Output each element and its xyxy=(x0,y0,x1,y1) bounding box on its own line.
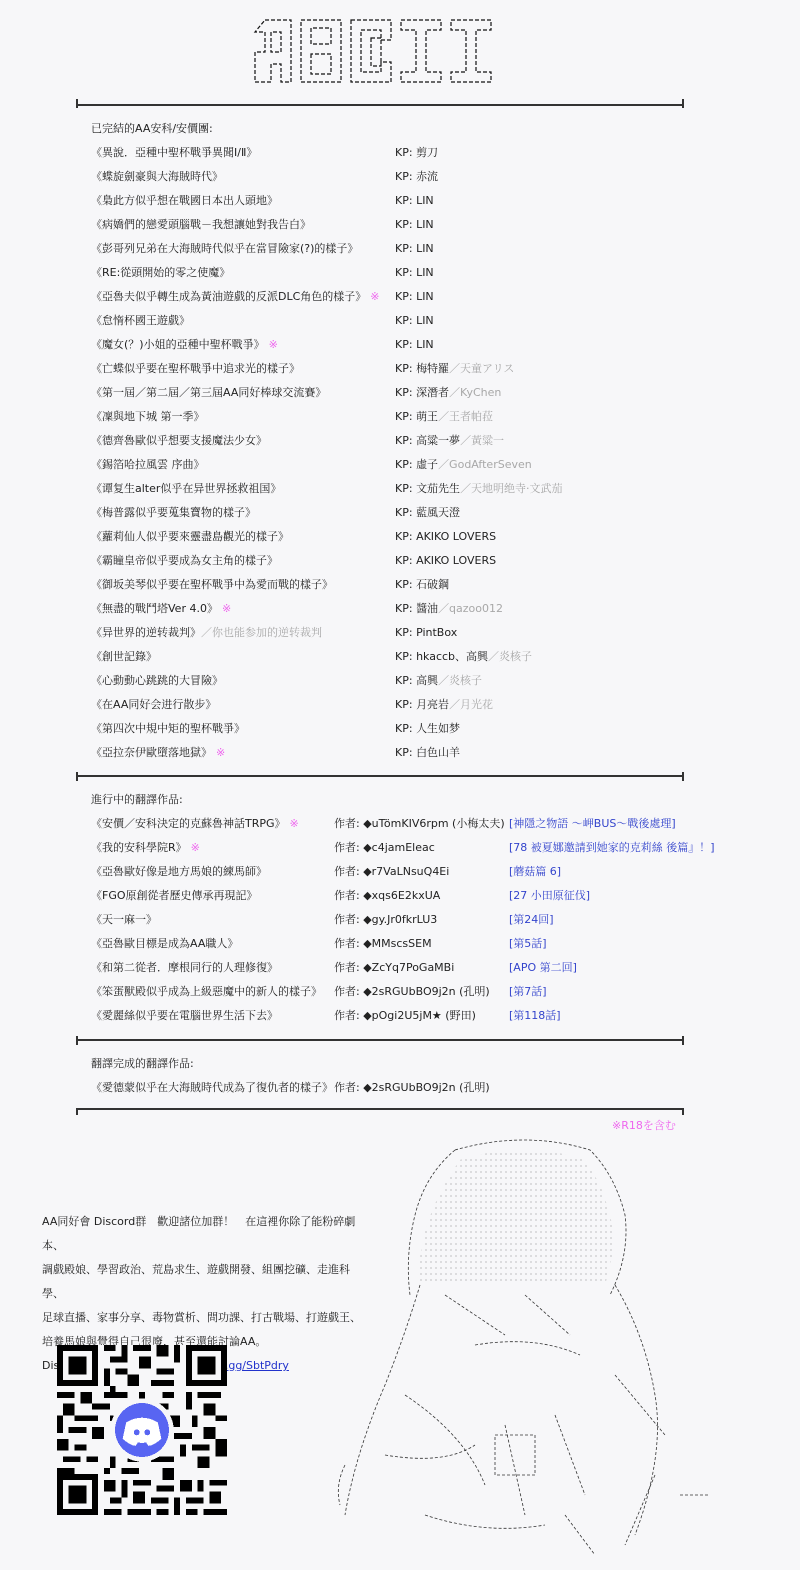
author-credit: 作者: ◆MMscsSEM xyxy=(334,932,432,956)
kp-label: KP: xyxy=(395,314,416,327)
work-title[interactable]: 《無盡的戰鬥塔Ver 4.0》※ xyxy=(91,597,231,621)
work-title[interactable]: 《FGO原創從者歷史傳承再現記》 xyxy=(91,884,258,908)
work-title[interactable]: 《RE:從頭開始的零之使魔》 xyxy=(91,261,230,285)
kp-name: 文茄先生 xyxy=(416,482,460,495)
ongoing-item: 《亞魯歐好像是地方馬娘的練馬師》作者: ◆r7VaLNsuQ4Ei[蘑菇篇 6] xyxy=(91,860,711,884)
author-label: 作者: xyxy=(334,985,363,998)
work-title[interactable]: 《梟此方似乎想在戰國日本出人頭地》 xyxy=(91,189,278,213)
work-title-text: 《彭哥列兄弟在大海賊時代似乎在當冒險家(?)的樣子》 xyxy=(91,242,358,255)
completed-item: 《谭复生alter似乎在异世界拯救祖国》KP: 文茄先生／天地明绝寺·文武茄 xyxy=(91,477,711,501)
r18-note: ※R18を含む xyxy=(612,1117,676,1133)
author-name: ◆uTömKIV6rpm (小梅太夫) xyxy=(363,817,504,830)
work-title-text: 《安價／安科決定的克蘇魯神話TRPG》 xyxy=(91,817,286,830)
kp-credit: KP: 醬油／qazoo012 xyxy=(395,597,503,621)
work-title-text: 《心動動心跳跳的大冒險》 xyxy=(91,674,223,687)
divider xyxy=(76,1039,684,1041)
author-name: ◆gy.Jr0fkrLU3 xyxy=(363,913,437,926)
kp-name: 白色山羊 xyxy=(416,746,460,759)
kp-credit: KP: LIN xyxy=(395,261,434,285)
author-credit: 作者: ◆pOgi2U5jM★ (野田) xyxy=(334,1004,476,1028)
work-title-alt: ／你也能参加的逆转裁判 xyxy=(201,626,322,639)
author-name: ◆2sRGUbBO9j2n (孔明) xyxy=(363,1081,490,1094)
author-name: ◆c4jamEleac xyxy=(363,841,435,854)
ongoing-item: 《愛麗絲似乎要在電腦世界生活下去》作者: ◆pOgi2U5jM★ (野田)[第1… xyxy=(91,1004,711,1028)
divider xyxy=(76,104,684,106)
r18-mark-icon: ※ xyxy=(191,841,200,854)
author-label: 作者: xyxy=(334,889,363,902)
kp-name: 深潛者 xyxy=(416,386,449,399)
work-title[interactable]: 《梅普露似乎要蒐集寶物的樣子》 xyxy=(91,501,256,525)
kp-credit: KP: 深潛者／KyChen xyxy=(395,381,501,405)
kp-name: LIN xyxy=(416,218,434,231)
kp-credit: KP: LIN xyxy=(395,189,434,213)
kp-credit: KP: LIN xyxy=(395,333,434,357)
kp-credit: KP: 梅特羅／天童アリス xyxy=(395,357,514,381)
kp-name: AKIKO LOVERS xyxy=(416,554,496,567)
kp-credit: KP: LIN xyxy=(395,309,434,333)
author-name: ◆ZcYq7PoGaMBi xyxy=(363,961,454,974)
kp-alt-name: ／王者帕菈 xyxy=(438,410,493,423)
author-name: ◆2sRGUbBO9j2n (孔明) xyxy=(363,985,490,998)
latest-chapter-link[interactable]: [27 小田原征伐] xyxy=(509,884,590,908)
kp-name: 月亮岩 xyxy=(416,698,449,711)
work-title-text: 《蝶旋劍豪與大海賊時代》 xyxy=(91,170,223,183)
kp-credit: KP: 石破鋼 xyxy=(395,573,449,597)
completed-item: 《德齊魯歐似乎想要支援魔法少女》KP: 高粱一夢／黃粱一 xyxy=(91,429,711,453)
completed-section: 已完結的AA安科/安價團: 《異說．亞種中聖杯戰爭異聞Ⅰ/Ⅱ》KP: 剪刀《蝶旋… xyxy=(91,117,711,765)
work-title-text: 《蘿莉仙人似乎要來靈盡島觀光的樣子》 xyxy=(91,530,289,543)
work-title[interactable]: 《魔女(？)小姐的亞種中聖杯戰爭》※ xyxy=(91,333,278,357)
author-label: 作者: xyxy=(334,1009,363,1022)
discord-line: AA同好會 Discord群 歡迎諸位加群！ 在這裡你除了能粉碎劇本、 xyxy=(42,1210,362,1258)
author-credit: 作者: ◆2sRGUbBO9j2n (孔明) xyxy=(334,1076,490,1100)
kp-name: LIN xyxy=(416,242,434,255)
completed-item: 《異說．亞種中聖杯戰爭異聞Ⅰ/Ⅱ》KP: 剪刀 xyxy=(91,141,711,165)
finished-item: 《愛德蒙似乎在大海賊時代成為了復仇者的樣子》作者: ◆2sRGUbBO9j2n … xyxy=(91,1076,711,1100)
kp-name: 石破鋼 xyxy=(416,578,449,591)
kp-name: LIN xyxy=(416,290,434,303)
latest-chapter-link[interactable]: [第7話] xyxy=(509,980,547,1004)
work-title-text: 《和第二從者．摩根同行的人理修復》 xyxy=(91,961,278,974)
kp-label: KP: xyxy=(395,482,416,495)
kp-alt-name: ／GodAfterSeven xyxy=(438,458,532,471)
kp-name: 虛子 xyxy=(416,458,438,471)
section-title: 翻譯完成的翻譯作品: xyxy=(91,1052,711,1076)
kp-alt-name: ／炎核子 xyxy=(488,650,532,663)
work-title[interactable]: 《德齊魯歐似乎想要支援魔法少女》 xyxy=(91,429,267,453)
author-credit: 作者: ◆c4jamEleac xyxy=(334,836,435,860)
work-title-text: 《亞魯歐好像是地方馬娘的練馬師》 xyxy=(91,865,267,878)
work-title[interactable]: 《御坂美琴似乎要在聖杯戰爭中為愛而戰的樣子》 xyxy=(91,573,333,597)
kp-credit: KP: 萌王／王者帕菈 xyxy=(395,405,493,429)
kp-credit: KP: AKIKO LOVERS xyxy=(395,525,496,549)
kp-label: KP: xyxy=(395,410,416,423)
work-title-text: 《凜與地下城 第一季》 xyxy=(91,410,205,423)
work-title[interactable]: 《亡蝶似乎要在聖杯戰爭中追求光的樣子》 xyxy=(91,357,300,381)
author-credit: 作者: ◆gy.Jr0fkrLU3 xyxy=(334,908,437,932)
work-title[interactable]: 《第四次中規中矩的聖杯戰爭》 xyxy=(91,717,245,741)
kp-label: KP: xyxy=(395,194,416,207)
author-label: 作者: xyxy=(334,913,363,926)
work-title-text: 《御坂美琴似乎要在聖杯戰爭中為愛而戰的樣子》 xyxy=(91,578,333,591)
completed-item: 《怠惰杯國王遊戲》KP: LIN xyxy=(91,309,711,333)
kp-label: KP: xyxy=(395,530,416,543)
work-title[interactable]: 《蝶旋劍豪與大海賊時代》 xyxy=(91,165,223,189)
kp-label: KP: xyxy=(395,674,416,687)
kp-credit: KP: LIN xyxy=(395,237,434,261)
kp-alt-name: ／天地明绝寺·文武茄 xyxy=(460,482,563,495)
work-title-text: 《第一屆／第二屆／第三屆AA同好棒球交流賽》 xyxy=(91,386,326,399)
kp-name: hkaccb、高興 xyxy=(416,650,488,663)
work-title-text: 《亞拉奈伊歐墮落地獄》 xyxy=(91,746,212,759)
completed-item: 《梟此方似乎想在戰國日本出人頭地》KP: LIN xyxy=(91,189,711,213)
latest-chapter-link[interactable]: [蘑菇篇 6] xyxy=(509,860,561,884)
work-title[interactable]: 《安價／安科決定的克蘇魯神話TRPG》※ xyxy=(91,812,299,836)
kp-label: KP: xyxy=(395,746,416,759)
completed-item: 《蘿莉仙人似乎要來靈盡島觀光的樣子》KP: AKIKO LOVERS xyxy=(91,525,711,549)
kp-label: KP: xyxy=(395,266,416,279)
work-title[interactable]: 《第一屆／第二屆／第三屆AA同好棒球交流賽》 xyxy=(91,381,326,405)
completed-item: 《梅普露似乎要蒐集寶物的樣子》KP: 藍風天澄 xyxy=(91,501,711,525)
kp-name: 剪刀 xyxy=(416,146,438,159)
kp-name: 梅特羅 xyxy=(416,362,449,375)
divider xyxy=(76,775,684,777)
kp-label: KP: xyxy=(395,218,416,231)
author-label: 作者: xyxy=(334,865,363,878)
work-title-text: 《怠惰杯國王遊戲》 xyxy=(91,314,190,327)
completed-item: 《錫箔哈拉風雲 序曲》KP: 虛子／GodAfterSeven xyxy=(91,453,711,477)
work-title-text: 《錫箔哈拉風雲 序曲》 xyxy=(91,458,205,471)
kp-name: AKIKO LOVERS xyxy=(416,530,496,543)
work-title[interactable]: 《天一麻一》 xyxy=(91,908,157,932)
kp-name: LIN xyxy=(416,314,434,327)
kp-credit: KP: 赤流 xyxy=(395,165,438,189)
work-title-text: 《德齊魯歐似乎想要支援魔法少女》 xyxy=(91,434,267,447)
author-label: 作者: xyxy=(334,817,363,830)
author-label: 作者: xyxy=(334,1081,363,1094)
author-label: 作者: xyxy=(334,961,363,974)
work-title[interactable]: 《亞拉奈伊歐墮落地獄》※ xyxy=(91,741,225,765)
kp-label: KP: xyxy=(395,170,416,183)
kp-credit: KP: 虛子／GodAfterSeven xyxy=(395,453,532,477)
kp-name: 藍風天澄 xyxy=(416,506,460,519)
ongoing-item: 《FGO原創從者歷史傳承再現記》作者: ◆xqs6E2kxUA[27 小田原征伐… xyxy=(91,884,711,908)
kp-label: KP: xyxy=(395,434,416,447)
completed-item: 《凜與地下城 第一季》KP: 萌王／王者帕菈 xyxy=(91,405,711,429)
kp-label: KP: xyxy=(395,698,416,711)
work-title[interactable]: 《錫箔哈拉風雲 序曲》 xyxy=(91,453,205,477)
kp-credit: KP: hkaccb、高興／炎核子 xyxy=(395,645,532,669)
kp-credit: KP: LIN xyxy=(395,285,434,309)
work-title-text: 《亡蝶似乎要在聖杯戰爭中追求光的樣子》 xyxy=(91,362,300,375)
work-title[interactable]: 《愛麗絲似乎要在電腦世界生活下去》 xyxy=(91,1004,278,1028)
section-title: 已完結的AA安科/安價團: xyxy=(91,117,711,141)
work-title[interactable]: 《愛德蒙似乎在大海賊時代成為了復仇者的樣子》 xyxy=(91,1076,333,1100)
ongoing-item: 《笨蛋獸殿似乎成為上級惡魔中的新人的樣子》作者: ◆2sRGUbBO9j2n (… xyxy=(91,980,711,1004)
work-title[interactable]: 《亞魯夫似乎轉生成為黃油遊戲的反派DLC角色的樣子》※ xyxy=(91,285,380,309)
kp-credit: KP: 剪刀 xyxy=(395,141,438,165)
work-title[interactable]: 《我的安科學院R》※ xyxy=(91,836,200,860)
section-title: 進行中的翻譯作品: xyxy=(91,788,711,812)
completed-item: 《蝶旋劍豪與大海賊時代》KP: 赤流 xyxy=(91,165,711,189)
kp-name: 醬油 xyxy=(416,602,438,615)
author-credit: 作者: ◆uTömKIV6rpm (小梅太夫) xyxy=(334,812,505,836)
kp-label: KP: xyxy=(395,554,416,567)
kp-label: KP: xyxy=(395,626,416,639)
r18-mark-icon: ※ xyxy=(222,602,231,615)
kp-label: KP: xyxy=(395,602,416,615)
author-credit: 作者: ◆2sRGUbBO9j2n (孔明) xyxy=(334,980,490,1004)
completed-item: 《彭哥列兄弟在大海賊時代似乎在當冒險家(?)的樣子》KP: LIN xyxy=(91,237,711,261)
completed-item: 《心動動心跳跳的大冒險》KP: 高興／炎核子 xyxy=(91,669,711,693)
kp-label: KP: xyxy=(395,290,416,303)
work-title-text: 《魔女(？)小姐的亞種中聖杯戰爭》 xyxy=(91,338,265,351)
work-title-text: 《笨蛋獸殿似乎成為上級惡魔中的新人的樣子》 xyxy=(91,985,322,998)
discord-line: 足球直播、家事分享、毒物賞析、問功課、打古戰場、打遊戲王、 xyxy=(42,1306,362,1330)
kp-credit: KP: 文茄先生／天地明绝寺·文武茄 xyxy=(395,477,563,501)
work-title[interactable]: 《在AA同好会进行散步》 xyxy=(91,693,216,717)
work-title[interactable]: 《异世界的逆转裁判》／你也能参加的逆转裁判 xyxy=(91,621,322,645)
work-title[interactable]: 《病嬌們的戀愛頭腦戰－我想讓她對我告白》 xyxy=(91,213,311,237)
r18-mark-icon: ※ xyxy=(216,746,225,759)
kp-credit: KP: PintBox xyxy=(395,621,457,645)
work-title-text: 《异世界的逆转裁判》 xyxy=(91,626,201,639)
kp-credit: KP: 高粱一夢／黃粱一 xyxy=(395,429,504,453)
completed-item: 《第一屆／第二屆／第三屆AA同好棒球交流賽》KP: 深潛者／KyChen xyxy=(91,381,711,405)
ongoing-section: 進行中的翻譯作品: 《安價／安科決定的克蘇魯神話TRPG》※作者: ◆uTömK… xyxy=(91,788,711,1028)
work-title[interactable]: 《彭哥列兄弟在大海賊時代似乎在當冒險家(?)的樣子》 xyxy=(91,237,358,261)
work-title[interactable]: 《笨蛋獸殿似乎成為上級惡魔中的新人的樣子》 xyxy=(91,980,322,1004)
completed-item: 《魔女(？)小姐的亞種中聖杯戰爭》※KP: LIN xyxy=(91,333,711,357)
ongoing-item: 《和第二從者．摩根同行的人理修復》作者: ◆ZcYq7PoGaMBi[APO 第… xyxy=(91,956,711,980)
author-label: 作者: xyxy=(334,841,363,854)
kp-label: KP: xyxy=(395,506,416,519)
work-title[interactable]: 《創世記錄》 xyxy=(91,645,157,669)
kp-name: 赤流 xyxy=(416,170,438,183)
work-title[interactable]: 《心動動心跳跳的大冒險》 xyxy=(91,669,223,693)
work-title[interactable]: 《霸瞳皇帝似乎要成為女主角的樣子》 xyxy=(91,549,278,573)
work-title[interactable]: 《和第二從者．摩根同行的人理修復》 xyxy=(91,956,278,980)
kp-name: LIN xyxy=(416,266,434,279)
completed-item: 《創世記錄》KP: hkaccb、高興／炎核子 xyxy=(91,645,711,669)
kp-name: LIN xyxy=(416,194,434,207)
ongoing-item: 《亞魯歐目標是成為AA職人》作者: ◆MMscsSEM[第5話] xyxy=(91,932,711,956)
divider xyxy=(76,1108,684,1110)
work-title-text: 《梅普露似乎要蒐集寶物的樣子》 xyxy=(91,506,256,519)
kp-alt-name: ／天童アリス xyxy=(449,362,514,375)
kp-credit: KP: LIN xyxy=(395,213,434,237)
kp-credit: KP: 白色山羊 xyxy=(395,741,460,765)
kp-label: KP: xyxy=(395,338,416,351)
author-name: ◆pOgi2U5jM★ (野田) xyxy=(363,1009,476,1022)
ascii-art-illustration xyxy=(325,1135,715,1560)
work-title-text: 《亞魯夫似乎轉生成為黃油遊戲的反派DLC角色的樣子》 xyxy=(91,290,366,303)
work-title-text: 《在AA同好会进行散步》 xyxy=(91,698,216,711)
r18-mark-icon: ※ xyxy=(370,290,379,303)
work-title-text: 《FGO原創從者歷史傳承再現記》 xyxy=(91,889,258,902)
work-title-text: 《天一麻一》 xyxy=(91,913,157,926)
discord-line: 調戲殿娘、學習政治、荒島求生、遊戲開發、組團挖礦、走進科學、 xyxy=(42,1258,362,1306)
kp-name: LIN xyxy=(416,338,434,351)
discord-qr-code[interactable] xyxy=(57,1345,227,1515)
kp-label: KP: xyxy=(395,458,416,471)
latest-chapter-link[interactable]: [第118話] xyxy=(509,1004,561,1028)
work-title[interactable]: 《異說．亞種中聖杯戰爭異聞Ⅰ/Ⅱ》 xyxy=(91,141,257,165)
work-title-text: 《谭复生alter似乎在异世界拯救祖国》 xyxy=(91,482,281,495)
work-title-text: 《愛麗絲似乎要在電腦世界生活下去》 xyxy=(91,1009,278,1022)
work-title-text: 《梟此方似乎想在戰國日本出人頭地》 xyxy=(91,194,278,207)
latest-chapter-link[interactable]: [第5話] xyxy=(509,932,547,956)
completed-item: 《病嬌們的戀愛頭腦戰－我想讓她對我告白》KP: LIN xyxy=(91,213,711,237)
ongoing-item: 《安價／安科決定的克蘇魯神話TRPG》※作者: ◆uTömKIV6rpm (小梅… xyxy=(91,812,711,836)
kp-label: KP: xyxy=(395,386,416,399)
latest-chapter-link[interactable]: [APO 第二回] xyxy=(509,956,577,980)
work-title-text: 《創世記錄》 xyxy=(91,650,157,663)
kp-name: 萌王 xyxy=(416,410,438,423)
work-title[interactable]: 《怠惰杯國王遊戲》 xyxy=(91,309,190,333)
kp-label: KP: xyxy=(395,650,416,663)
work-title-text: 《亞魯歐目標是成為AA職人》 xyxy=(91,937,238,950)
kp-alt-name: ／炎核子 xyxy=(438,674,482,687)
work-title-text: 《無盡的戰鬥塔Ver 4.0》 xyxy=(91,602,218,615)
kp-alt-name: ／黃粱一 xyxy=(460,434,504,447)
kp-name: 高興 xyxy=(416,674,438,687)
ongoing-item: 《天一麻一》作者: ◆gy.Jr0fkrLU3[第24回] xyxy=(91,908,711,932)
kp-label: KP: xyxy=(395,146,416,159)
completed-item: 《亞拉奈伊歐墮落地獄》※KP: 白色山羊 xyxy=(91,741,711,765)
author-credit: 作者: ◆ZcYq7PoGaMBi xyxy=(334,956,454,980)
work-title-text: 《我的安科學院R》 xyxy=(91,841,187,854)
ongoing-item: 《我的安科學院R》※作者: ◆c4jamEleac[78 被夏娜邀請到她家的克莉… xyxy=(91,836,711,860)
kp-credit: KP: 藍風天澄 xyxy=(395,501,460,525)
kp-alt-name: ／qazoo012 xyxy=(438,602,503,615)
r18-mark-icon: ※ xyxy=(290,817,299,830)
completed-item: 《御坂美琴似乎要在聖杯戰爭中為愛而戰的樣子》KP: 石破鋼 xyxy=(91,573,711,597)
kp-credit: KP: 月亮岩／月光花 xyxy=(395,693,493,717)
work-title-text: 《第四次中規中矩的聖杯戰爭》 xyxy=(91,722,245,735)
r18-mark-icon: ※ xyxy=(269,338,278,351)
ascii-logo xyxy=(245,18,505,84)
latest-chapter-link[interactable]: [第24回] xyxy=(509,908,554,932)
completed-item: 《霸瞳皇帝似乎要成為女主角的樣子》KP: AKIKO LOVERS xyxy=(91,549,711,573)
kp-alt-name: ／月光花 xyxy=(449,698,493,711)
author-credit: 作者: ◆r7VaLNsuQ4Ei xyxy=(334,860,449,884)
author-name: ◆MMscsSEM xyxy=(363,937,431,950)
completed-item: 《無盡的戰鬥塔Ver 4.0》※KP: 醬油／qazoo012 xyxy=(91,597,711,621)
work-title[interactable]: 《蘿莉仙人似乎要來靈盡島觀光的樣子》 xyxy=(91,525,289,549)
kp-name: 高粱一夢 xyxy=(416,434,460,447)
kp-label: KP: xyxy=(395,362,416,375)
work-title[interactable]: 《凜與地下城 第一季》 xyxy=(91,405,205,429)
completed-item: 《在AA同好会进行散步》KP: 月亮岩／月光花 xyxy=(91,693,711,717)
completed-item: 《亞魯夫似乎轉生成為黃油遊戲的反派DLC角色的樣子》※KP: LIN xyxy=(91,285,711,309)
kp-credit: KP: AKIKO LOVERS xyxy=(395,549,496,573)
work-title-text: 《RE:從頭開始的零之使魔》 xyxy=(91,266,230,279)
kp-label: KP: xyxy=(395,722,416,735)
kp-credit: KP: 人生如梦 xyxy=(395,717,460,741)
work-title-text: 《霸瞳皇帝似乎要成為女主角的樣子》 xyxy=(91,554,278,567)
kp-name: PintBox xyxy=(416,626,457,639)
kp-label: KP: xyxy=(395,578,416,591)
work-title[interactable]: 《亞魯歐目標是成為AA職人》 xyxy=(91,932,238,956)
kp-label: KP: xyxy=(395,242,416,255)
completed-item: 《亡蝶似乎要在聖杯戰爭中追求光的樣子》KP: 梅特羅／天童アリス xyxy=(91,357,711,381)
finished-section: 翻譯完成的翻譯作品: 《愛德蒙似乎在大海賊時代成為了復仇者的樣子》作者: ◆2s… xyxy=(91,1052,711,1100)
work-title[interactable]: 《亞魯歐好像是地方馬娘的練馬師》 xyxy=(91,860,267,884)
latest-chapter-link[interactable]: [神隱之物語 ～岬BUS～戰後處理] xyxy=(509,812,676,836)
work-title-text: 《病嬌們的戀愛頭腦戰－我想讓她對我告白》 xyxy=(91,218,311,231)
author-label: 作者: xyxy=(334,937,363,950)
kp-name: 人生如梦 xyxy=(416,722,460,735)
latest-chapter-link[interactable]: [78 被夏娜邀請到她家的克莉絲 後篇』！] xyxy=(509,836,715,860)
kp-alt-name: ／KyChen xyxy=(449,386,501,399)
kp-credit: KP: 高興／炎核子 xyxy=(395,669,482,693)
author-name: ◆xqs6E2kxUA xyxy=(363,889,440,902)
author-credit: 作者: ◆xqs6E2kxUA xyxy=(334,884,440,908)
completed-item: 《RE:從頭開始的零之使魔》KP: LIN xyxy=(91,261,711,285)
completed-item: 《异世界的逆转裁判》／你也能参加的逆转裁判KP: PintBox xyxy=(91,621,711,645)
author-name: ◆r7VaLNsuQ4Ei xyxy=(363,865,449,878)
completed-item: 《第四次中規中矩的聖杯戰爭》KP: 人生如梦 xyxy=(91,717,711,741)
work-title-text: 《異說．亞種中聖杯戰爭異聞Ⅰ/Ⅱ》 xyxy=(91,146,257,159)
work-title[interactable]: 《谭复生alter似乎在异世界拯救祖国》 xyxy=(91,477,281,501)
